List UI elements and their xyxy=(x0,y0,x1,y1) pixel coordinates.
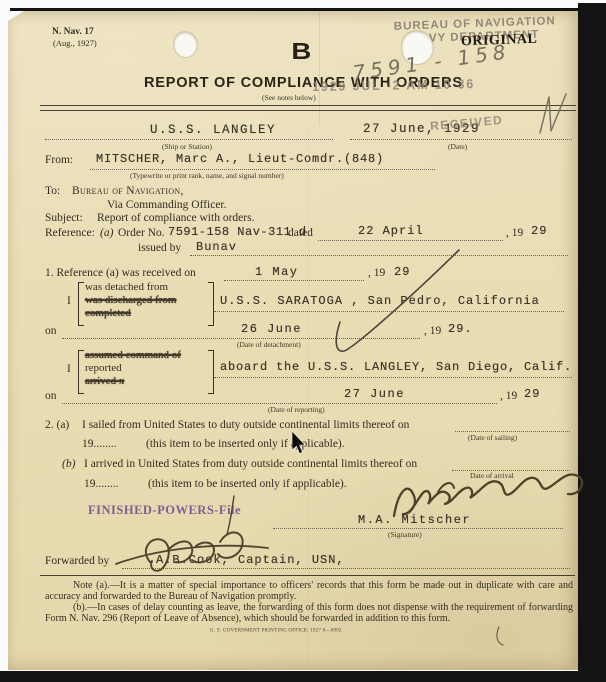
scan-edge-right xyxy=(578,3,606,682)
subject-label: Subject: xyxy=(45,212,83,224)
item2b-number: (b) xyxy=(62,458,75,470)
scan-edge-top xyxy=(10,8,606,11)
punch-hole-left xyxy=(174,32,197,57)
item1-line: 1. Reference (a) was received on xyxy=(45,267,196,279)
item1-detach-rule xyxy=(214,310,564,312)
item2a-text: I sailed from United States to duty outs… xyxy=(82,419,409,431)
copy-letter-b: B xyxy=(291,38,311,65)
ship-line-rule xyxy=(45,138,333,140)
item2b-note: (this item to be inserted only if applic… xyxy=(148,478,347,490)
signature-typed-name: M.A. Mitscher xyxy=(358,513,471,527)
item2a-note: (this item to be inserted only if applic… xyxy=(146,438,345,450)
note-a: Note (a).—It is a matter of special impo… xyxy=(45,581,573,603)
item1-on-label1: on xyxy=(45,325,57,337)
printing-office-imprint: U. S. GOVERNMENT PRINTING OFFICE: 1927 6… xyxy=(210,628,342,633)
reference-dated-rule xyxy=(318,239,503,241)
option-reported: reported xyxy=(85,362,122,374)
from-label: From: xyxy=(45,154,73,166)
reference-order-entry: 7591-158 Nav-311 d xyxy=(168,225,307,239)
item1-on-label2: on xyxy=(45,390,57,402)
form-revision: (Aug., 1927) xyxy=(53,38,97,48)
item1-report-entry: aboard the U.S.S. LANGLEY, San Diego, Ca… xyxy=(220,360,572,374)
date-line-rule xyxy=(350,138,572,140)
item1-detach-caption: (Date of detachment) xyxy=(237,340,301,349)
bracket1-right xyxy=(208,282,214,326)
signature-caption: (Signature) xyxy=(388,530,422,539)
from-caption: (Typewrite or print rank, name, and sign… xyxy=(130,171,284,180)
received-datetime-stamp: 1929 JUL -2 AM 10 36 xyxy=(312,76,475,94)
forwarded-label: Forwarded by xyxy=(45,555,109,567)
reference-issued-label: issued by xyxy=(138,242,181,254)
item1-received-date: 1 May xyxy=(255,265,299,279)
forwarded-typed-entry: A.B.Cook, Captain, USN, xyxy=(156,553,345,567)
ship-entry: U.S.S. LANGLEY xyxy=(150,123,276,137)
item1-detach-date-rule xyxy=(62,337,420,339)
title-rule xyxy=(40,105,576,111)
reference-item: (a) xyxy=(100,227,113,239)
reference-order-label: Order No. xyxy=(118,227,165,239)
item1-report-date: 27 June xyxy=(344,387,405,401)
item1-pronoun1: I xyxy=(67,295,71,307)
subject-value: Report of compliance with orders. xyxy=(97,212,254,224)
item1-detach-year: 29. xyxy=(448,322,473,336)
page-subtitle: (See notes below) xyxy=(262,93,316,102)
reference-year-entry: 29 xyxy=(531,224,547,238)
paper-torn-corner xyxy=(8,11,24,21)
notes-rule xyxy=(40,575,575,576)
item1-detach-year-label: , 19 xyxy=(424,325,441,337)
reference-year-label: , 19 xyxy=(506,227,523,239)
item1-detach-date: 26 June xyxy=(241,322,302,336)
item1-report-rule xyxy=(214,376,572,378)
item1-year-label: , 19 xyxy=(368,267,385,279)
option-assumed-command-of: assumed command of xyxy=(85,349,181,361)
to-value: Bureau of Navigation, xyxy=(72,185,184,197)
option-was-discharged-from: was discharged from xyxy=(85,294,176,306)
item1-received-rule xyxy=(224,279,364,281)
ship-caption: (Ship or Station) xyxy=(162,142,212,151)
item2b-caption: Date of arrival xyxy=(470,471,514,480)
form-number: N. Nav. 17 xyxy=(52,27,94,37)
item1-pronoun2: I xyxy=(67,363,71,375)
from-entry: MITSCHER, Marc A., Lieut-Comdr.(848) xyxy=(96,152,384,166)
from-line-rule xyxy=(90,168,435,170)
date-caption: (Date) xyxy=(448,142,467,151)
reference-label: Reference: xyxy=(45,227,95,239)
reference-dated-entry: 22 April xyxy=(358,224,424,238)
option-was-detached-from: was detached from xyxy=(85,281,168,293)
bracket2-right xyxy=(208,350,214,394)
reference-issued-entry: Bunav xyxy=(196,240,237,254)
item2b-year: 19........ xyxy=(84,478,119,490)
scan-edge-bottom xyxy=(0,671,606,682)
item1-report-year: 29 xyxy=(524,387,540,401)
note-b: (b).—In cases of delay counting as leave… xyxy=(45,603,573,625)
item1-report-caption: (Date of reporting) xyxy=(268,405,325,414)
forwarded-rule xyxy=(122,567,570,569)
option-arrived: arrived x xyxy=(85,375,124,387)
to-label: To: xyxy=(45,185,60,197)
scanned-document: N. Nav. 17 (Aug., 1927) B BUREAU OF NAVI… xyxy=(0,0,606,682)
item1-detach-entry: U.S.S. SARATOGA , San Pedro, California xyxy=(220,294,540,308)
item2a-rule xyxy=(455,430,570,432)
signature-rule xyxy=(273,527,563,529)
item1-report-year-label: , 19 xyxy=(500,390,517,402)
reference-issued-rule xyxy=(190,254,568,256)
fold-crease-horizontal xyxy=(8,497,578,498)
item2a-number: 2. (a) xyxy=(45,419,69,431)
item2a-caption: (Date of sailing) xyxy=(468,433,517,442)
finished-powers-file-stamp: FINISHED-POWERS-File xyxy=(88,503,241,518)
reference-dated-label: dated xyxy=(288,227,313,239)
item2a-year: 19........ xyxy=(82,438,117,450)
to-via: Via Commanding Officer. xyxy=(107,199,227,211)
item1-report-date-rule xyxy=(62,402,497,404)
item1-received-year: 29 xyxy=(394,265,410,279)
option-completed: completed xyxy=(85,307,131,319)
bracket2-left xyxy=(78,350,84,394)
bracket1-left xyxy=(78,282,84,326)
item2b-text: I arrived in United States from duty out… xyxy=(84,458,417,470)
